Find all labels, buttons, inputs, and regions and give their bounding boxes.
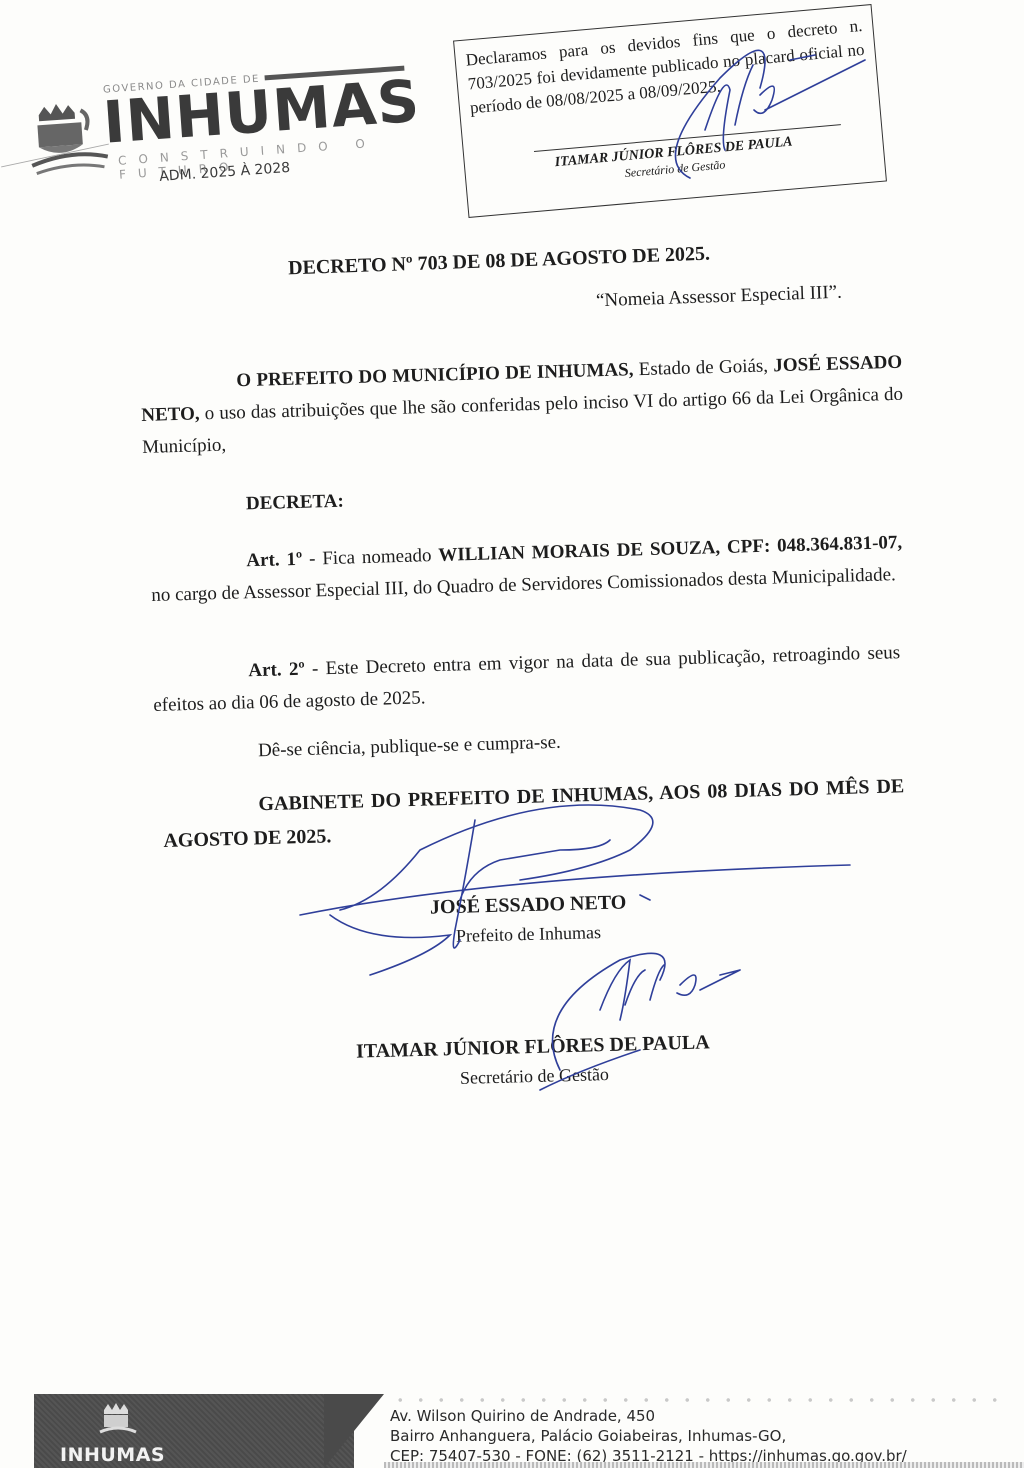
given-at-statement: GABINETE DO PREFEITO DE INHUMAS, AOS 08 … [162, 769, 906, 858]
footer-address: Av. Wilson Quirino de Andrade, 450 Bairr… [390, 1406, 907, 1466]
city-crest-icon [19, 90, 115, 186]
decree-summary: “Nomeia Assessor Especial III”. [596, 282, 842, 313]
article-2: Art. 2º - Este Decreto entra em vigor na… [152, 637, 901, 722]
footer-dot-pattern [390, 1396, 1010, 1404]
footer-crest-icon [96, 1402, 140, 1440]
article-1: Art. 1º - Fica nomeado WILLIAN MORAIS DE… [150, 527, 903, 612]
article-2-label: Art. 2º [248, 659, 305, 682]
decree-preamble: O PREFEITO DO MUNICÍPIO DE INHUMAS, Esta… [140, 347, 904, 464]
stamp-declaration: Declaramos para os devidos fins que o de… [465, 14, 868, 120]
footer-address-district: Bairro Anhanguera, Palácio Goiabeiras, I… [390, 1426, 907, 1446]
mayor-signature-role: Prefeito de Inhumas [456, 922, 601, 947]
decree-title: DECRETO Nº 703 DE 08 DE AGOSTO DE 2025. [288, 243, 711, 281]
article-1-label: Art. 1º [246, 549, 302, 572]
publication-stamp: Declaramos para os devidos fins que o de… [453, 4, 887, 218]
secretary-signature-name: ITAMAR JÚNIOR FLÔRES DE PAULA [356, 1031, 710, 1063]
closing-formula: Dê-se ciência, publique-se e cumpra-se. [258, 732, 561, 762]
city-logo: GOVERNO DA CIDADE DE INHUMAS CONSTRUINDO… [0, 40, 433, 200]
footer-wedge [324, 1394, 384, 1468]
secretary-signature-role: Secretário de Gestão [460, 1064, 609, 1089]
footer-address-street: Av. Wilson Quirino de Andrade, 450 [390, 1406, 907, 1426]
decreta-heading: DECRETA: [246, 491, 344, 516]
preamble-authority: O PREFEITO DO MUNICÍPIO DE INHUMAS, [236, 359, 634, 391]
footer: INHUMAS Av. Wilson Quirino de Andrade, 4… [34, 1394, 1024, 1468]
footer-brand: INHUMAS [60, 1444, 165, 1466]
footer-stripe [384, 1462, 1024, 1468]
appointee-name: WILLIAN MORAIS DE SOUZA, CPF: 048.364.83… [438, 532, 902, 566]
mayor-signature-name: JOSÉ ESSADO NETO [430, 891, 627, 919]
